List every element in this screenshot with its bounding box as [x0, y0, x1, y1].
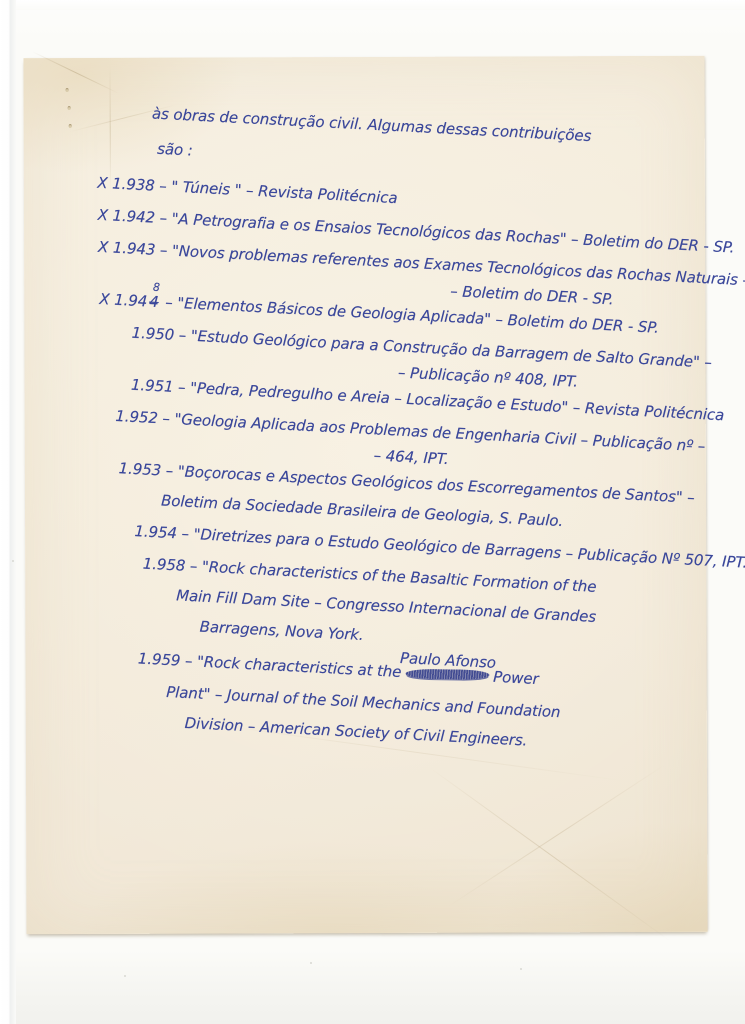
- handwritten-text: Division – American Society of Civil Eng…: [184, 714, 528, 750]
- corrected-digit: 48: [149, 292, 159, 311]
- struck-digit: 4: [149, 292, 159, 310]
- inserted-correction-text: Paulo Afonso: [400, 649, 497, 673]
- paper-crease: [32, 51, 119, 94]
- handwriting-text-block: às obras de construção civil. Algumas de…: [0, 98, 691, 757]
- handwritten-text: às obras de construção civil. Algumas de…: [152, 104, 592, 145]
- dust-speck: [520, 968, 522, 970]
- superscript-digit: 8: [153, 282, 160, 293]
- scanner-edge-top: [0, 0, 745, 10]
- scanned-page: às obras de construção civil. Algumas de…: [0, 0, 745, 1024]
- handwritten-text: Barragens, Nova York.: [199, 618, 364, 644]
- paper-crease: [447, 764, 665, 907]
- staple-holes: [23, 56, 704, 58]
- dust-speck: [124, 975, 126, 977]
- handwritten-text: 1.959 – "Rock characteristics at the: [137, 649, 401, 681]
- handwritten-text: Power: [493, 668, 539, 688]
- scribbled-out-word: Paulo Afonso: [405, 666, 490, 682]
- handwritten-text: – 464, IPT.: [373, 446, 449, 468]
- handwritten-text: X 1.94: [99, 290, 148, 310]
- handwritten-line: – Boletim do DER - SP.: [450, 282, 683, 313]
- handwritten-text: X 1.938 – " Túneis " – Revista Politécni…: [97, 174, 398, 207]
- dust-speck: [310, 962, 312, 964]
- handwritten-text: são :: [157, 140, 193, 160]
- handwritten-text: – Boletim do DER - SP.: [450, 282, 614, 308]
- paper-crease: [427, 766, 671, 942]
- paper-sheet: às obras de construção civil. Algumas de…: [23, 56, 707, 934]
- handwritten-text: – Publicação nº 408, IPT.: [398, 363, 579, 390]
